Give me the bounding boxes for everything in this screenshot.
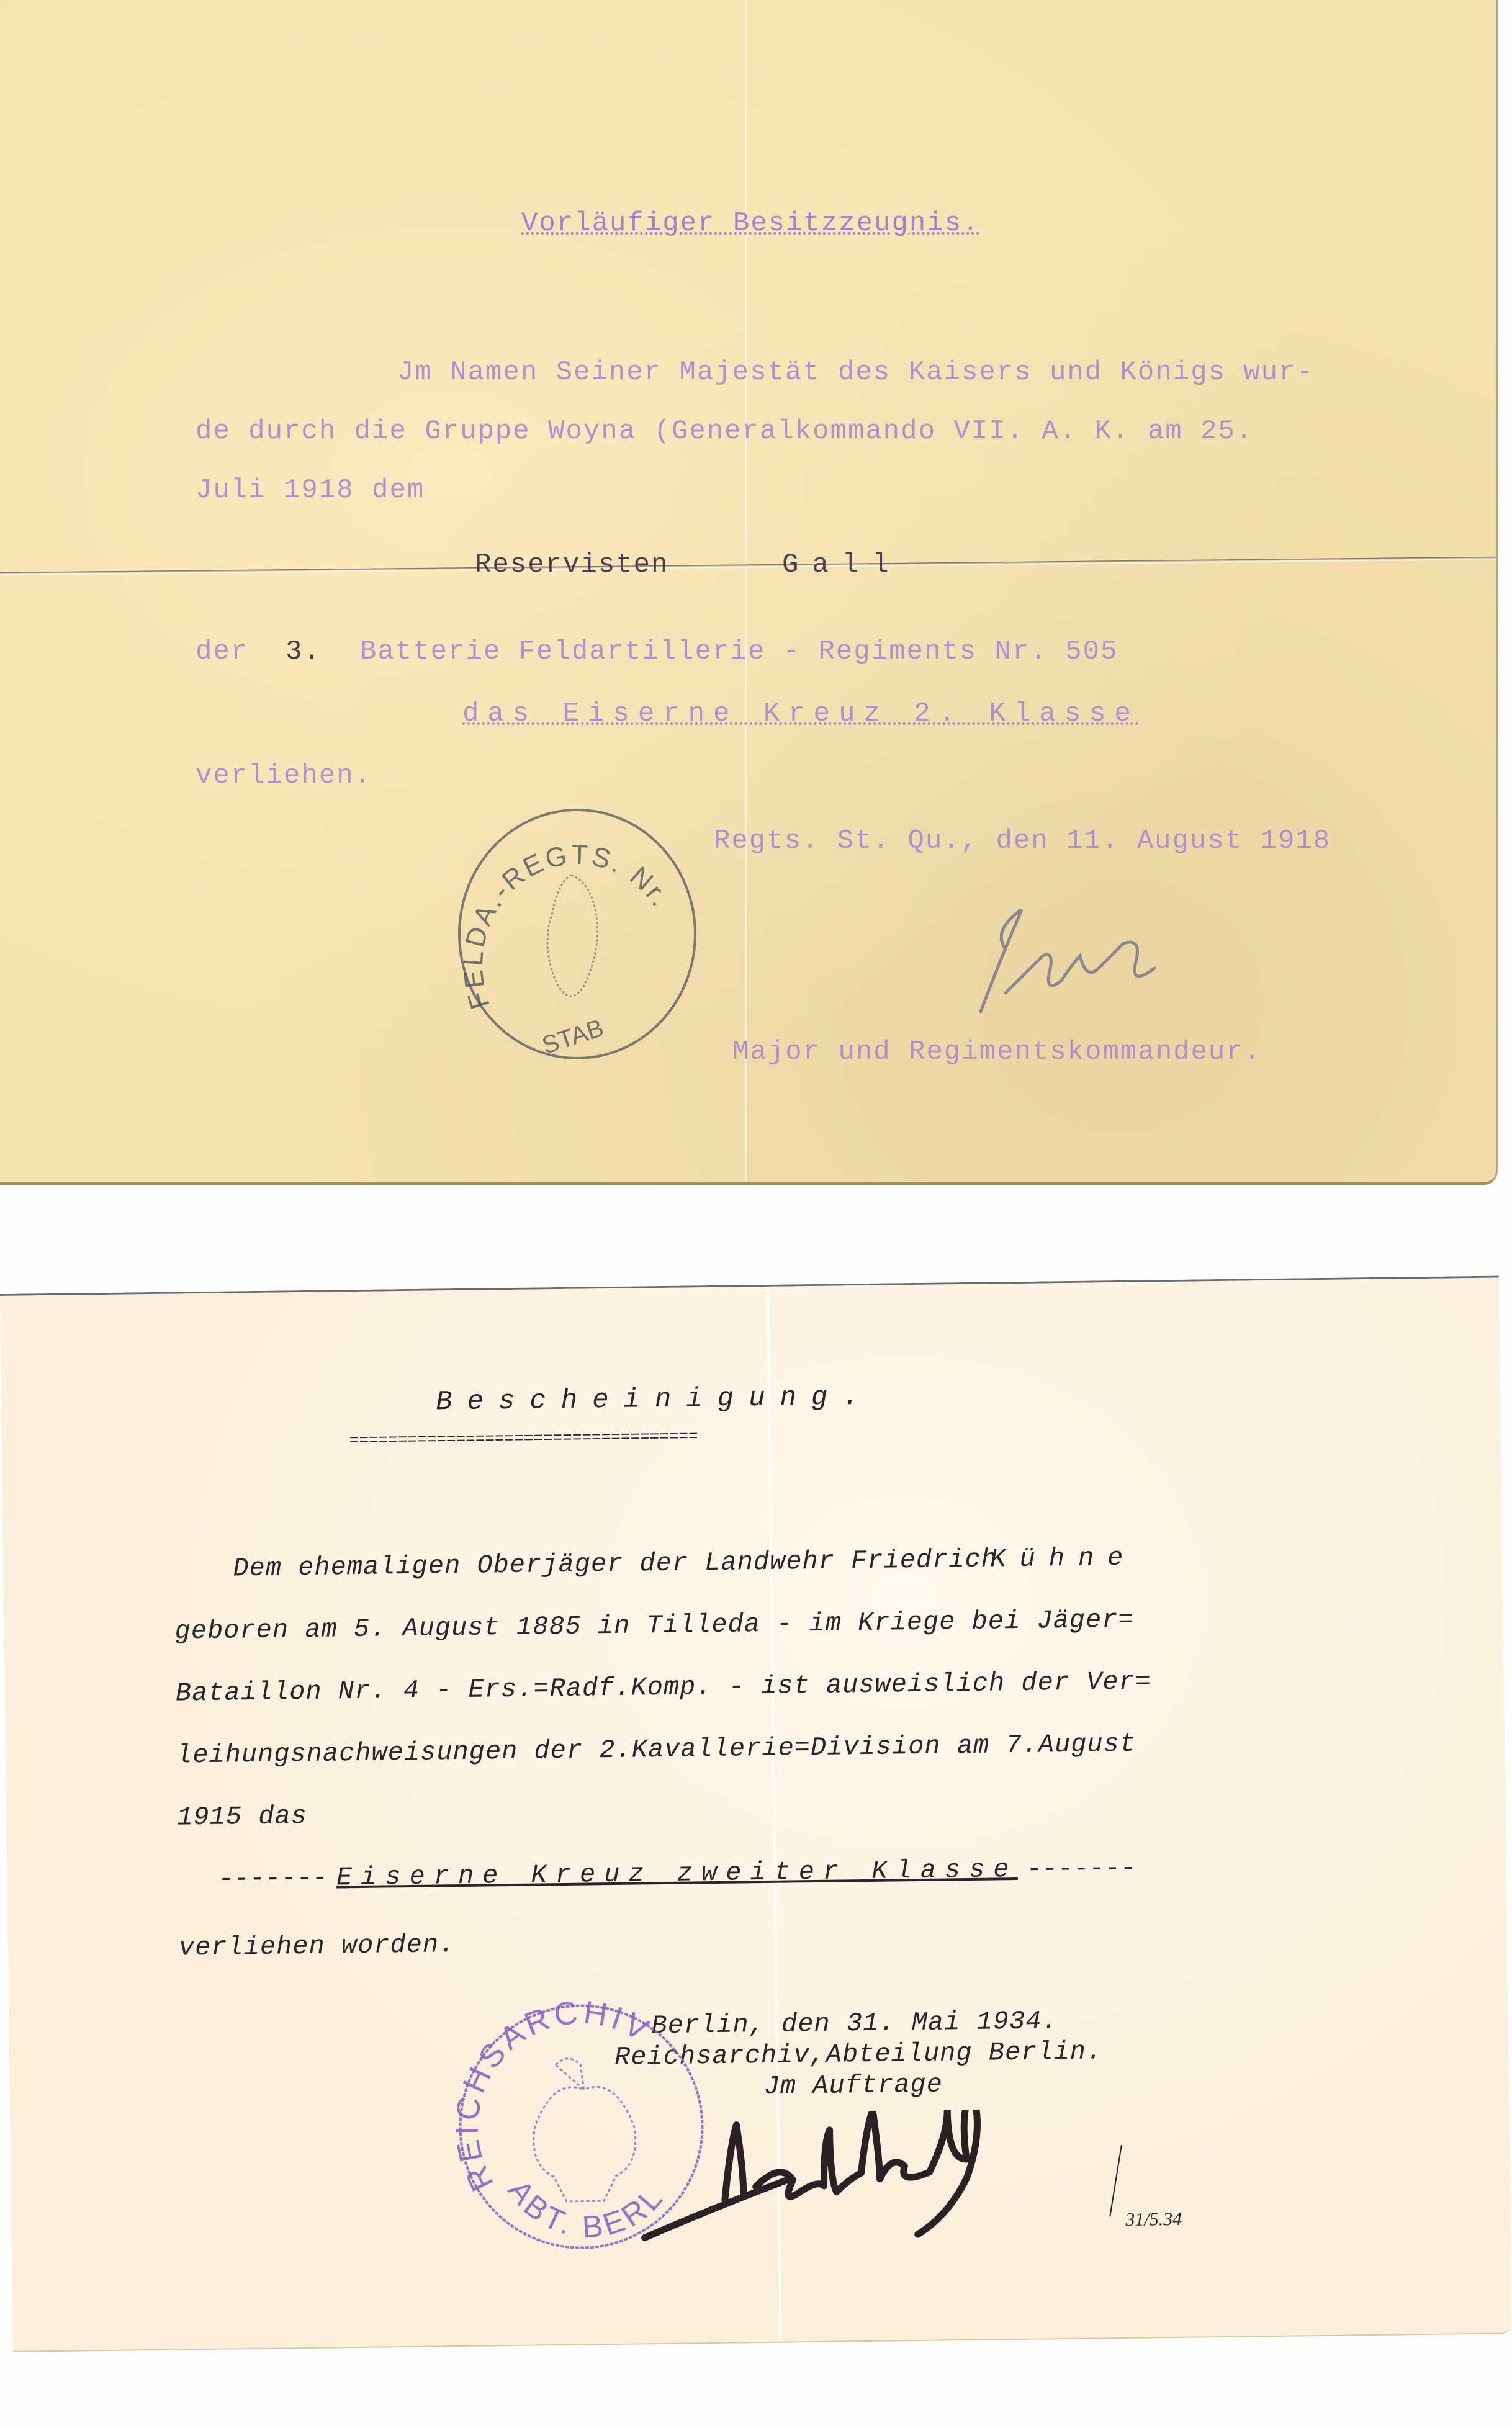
body-line: Juli 1918 dem xyxy=(196,475,425,506)
body-line: leihungsnachweisungen der 2.Kavallerie=D… xyxy=(176,1729,1136,1771)
document-1918-award-certificate: Vorläufiger Besitzzeugnis. Jm Namen Sein… xyxy=(0,0,1498,1185)
document-title: Bescheinigung. xyxy=(436,1382,874,1418)
award-name: das Eiserne Kreuz 2. Klasse xyxy=(462,698,1140,729)
body-line: Bataillon Nr. 4 - Ers.=Radf.Komp. - ist … xyxy=(176,1666,1152,1708)
body-line: Dem ehemaligen Oberjäger der Landwehr Fr… xyxy=(233,1544,997,1583)
svg-text:REICHSARCHIV: REICHSARCHIV xyxy=(449,1995,660,2196)
signature-handwritten: 31/5.34 xyxy=(631,2107,1191,2257)
paper-fold-horizontal xyxy=(0,557,1496,576)
place-date: Regts. St. Qu., den 11. August 1918 xyxy=(714,825,1331,857)
title-double-rule: ==================================== xyxy=(349,1427,698,1450)
body-line: Jm Namen Seiner Majestät des Kaisers und… xyxy=(397,357,1314,388)
unit-number: 3. xyxy=(286,636,321,667)
document-title: Vorläufiger Besitzzeugnis. xyxy=(521,208,980,239)
by-order-label: Jm Auftrage xyxy=(763,2070,943,2102)
award-dashes-right: ------- xyxy=(1026,1853,1136,1884)
closing-line: verliehen worden. xyxy=(179,1930,456,1963)
body-line: de durch die Gruppe Woyna (Generalkomman… xyxy=(196,416,1253,447)
recipient-surname: Kühne xyxy=(990,1543,1137,1575)
recipient-rank: Reservisten xyxy=(475,549,668,580)
place-date: Berlin, den 31. Mai 1934. xyxy=(651,2006,1058,2041)
award-dashes-left: ------- xyxy=(218,1863,328,1894)
svg-text:FELDA.-REGTS. Nr. 505: FELDA.-REGTS. Nr. 505 xyxy=(447,801,683,1013)
signature-vetter xyxy=(956,900,1217,1024)
recipient-name: Gall xyxy=(782,549,902,580)
award-line: -------Eiserne Kreuz zweiter Klasse-----… xyxy=(218,1853,1136,1894)
signature-date: 31/5.34 xyxy=(1125,2209,1182,2230)
unit-prefix: der xyxy=(196,636,248,667)
svg-text:STAB: STAB xyxy=(539,1014,607,1059)
signatory-role: Major und Regimentskommandeur. xyxy=(732,1036,1261,1068)
paper-fold-vertical xyxy=(745,0,747,1182)
unit-name: Batterie Feldartillerie - Regiments Nr. … xyxy=(360,636,1118,667)
award-verb: verliehen. xyxy=(196,760,372,791)
body-line: 1915 das xyxy=(177,1801,307,1833)
body-line: geboren am 5. August 1885 in Tilleda - i… xyxy=(174,1605,1135,1647)
document-1934-certificate: Bescheinigung. =========================… xyxy=(0,1275,1512,2352)
award-name: Eiserne Kreuz zweiter Klasse xyxy=(336,1855,1018,1892)
regiment-seal-stamp-icon: FELDA.-REGTS. Nr. 505 STAB xyxy=(447,801,708,1068)
